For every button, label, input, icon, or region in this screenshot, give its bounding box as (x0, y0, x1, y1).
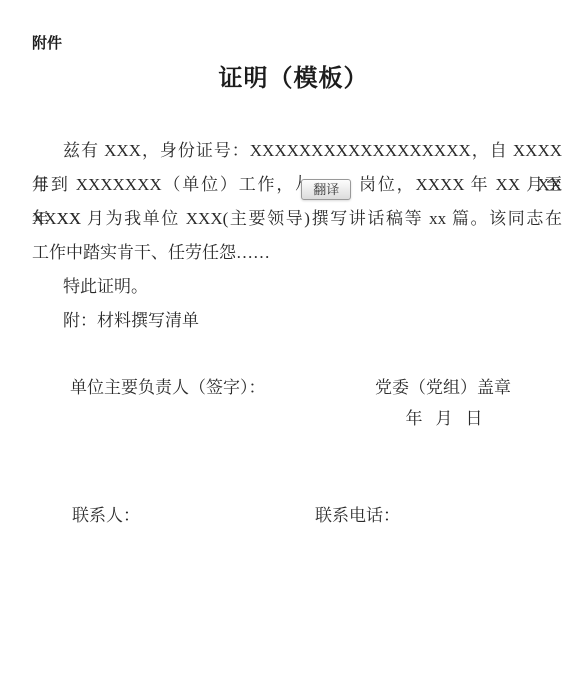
contact-row: 联系人： 联系电话： (0, 499, 587, 533)
attachment-label: 附件 (32, 32, 62, 53)
translate-button[interactable]: 翻译 (301, 179, 351, 200)
body-line-3: 年 XX 月为我单位 XXX(主要领导)撰写讲话稿等 xx 篇。该同志在 (32, 202, 562, 236)
date-month-label: 月 (436, 402, 453, 436)
contact-person-label: 联系人： (72, 499, 140, 533)
document-title: 证明（模板） (0, 58, 587, 93)
contact-phone-label: 联系电话： (315, 499, 400, 533)
body-line-1: 兹有 XXX，身份证号：XXXXXXXXXXXXXXXXXX，自 XXXX 年 … (32, 134, 562, 168)
body-line-2-text-before: 月到 XXXXXXX（单位）工作， (32, 175, 295, 194)
body-line-attachment-note: 附：材料撰写清单 (32, 304, 562, 338)
body-line-certify: 特此证明。 (32, 270, 562, 304)
body-line-4: 工作中踏实肯干、任劳任怨…… (32, 236, 562, 270)
signature-seal-label: 党委（党组）盖章 (375, 371, 511, 405)
document-page: 附件 证明（模板） 兹有 XXX，身份证号：XXXXXXXXXXXXXXXXXX… (0, 0, 587, 674)
date-line: 年 月 日 (375, 402, 513, 436)
document-body: 兹有 XXX，身份证号：XXXXXXXXXXXXXXXXXX，自 XXXX 年 … (32, 134, 562, 338)
body-line-2: 月到 XXXXXXX（单位）工作，从翻译岗位，XXXX 年 XX 月至 XXXX (32, 168, 562, 202)
date-year-label: 年 (406, 402, 423, 436)
signature-row: 单位主要负责人（签字）： 党委（党组）盖章 (0, 371, 587, 405)
date-day-label: 日 (466, 402, 483, 436)
signature-left-label: 单位主要负责人（签字）： (70, 371, 266, 405)
